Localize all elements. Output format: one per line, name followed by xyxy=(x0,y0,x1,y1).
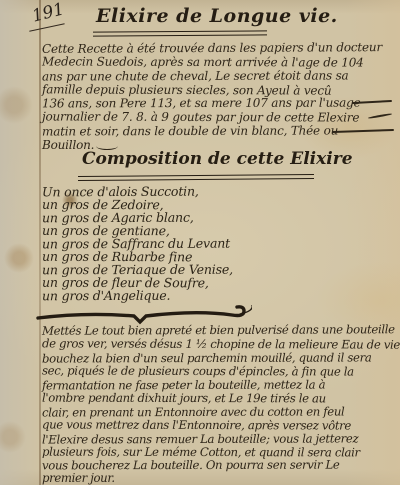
manuscript-page: 191 Elixire de Longue vie. Cette Recette… xyxy=(0,0,400,485)
instruction-line: sec, piqués le de plusieurs coups d'épin… xyxy=(42,363,354,378)
instruction-line: que vous mettrez dans l'Entonnoire, aprè… xyxy=(42,417,351,432)
intro-line: journalier de 7. 8. à 9 goutes par jour … xyxy=(42,109,359,124)
composition-heading: Composition de cette Elixire xyxy=(82,149,353,169)
margin-rule-line xyxy=(39,0,41,485)
intro-line: Medecin Suedois, après sa mort arrivée à… xyxy=(42,54,364,69)
page-title: Elixire de Longue vie. xyxy=(96,5,338,27)
intro-line: 136 ans, son Pere 113, et sa mere 107 an… xyxy=(42,96,361,111)
intro-line: Cette Recette à été trouvée dans les pap… xyxy=(42,40,382,56)
intro-line: ans par une chute de cheval, Le secret é… xyxy=(42,68,349,83)
ingredient-line: un gros d'Angelique. xyxy=(42,288,170,303)
composition-underline xyxy=(78,174,314,181)
instruction-line: premier jour. xyxy=(42,471,115,485)
instruction-line: l'ombre pendant dixhuit jours, et Le 19e… xyxy=(42,391,326,406)
title-underline xyxy=(93,30,267,36)
instruction-line: de gros ver, versés désus 1 ½ chopine de… xyxy=(42,336,400,351)
page-number: 191 xyxy=(30,0,66,27)
instruction-line: Mettés Le tout bien apreté et bien pulve… xyxy=(42,322,395,338)
line-filler-flourish xyxy=(332,129,394,133)
line-filler-flourish xyxy=(368,113,392,119)
intro-line: matin et soir, dans le double de vin bla… xyxy=(42,123,338,138)
